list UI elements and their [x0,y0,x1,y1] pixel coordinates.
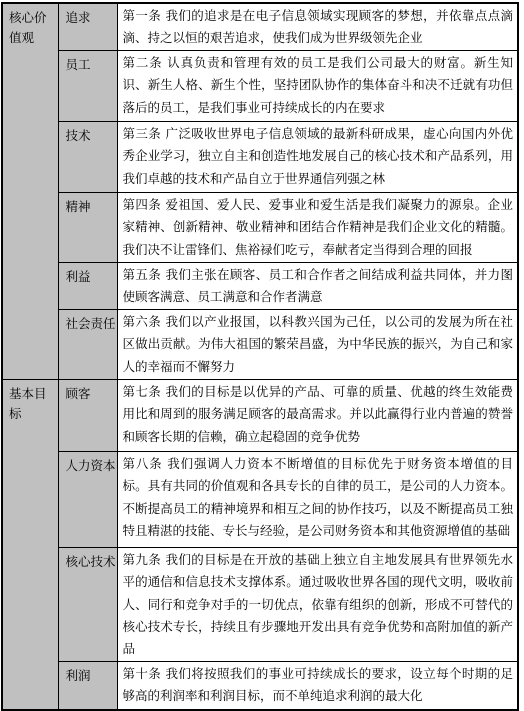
article-text-cell: 第六条 我们以产业报国，以科教兴国为己任，以公司的发展为所在社区做出贡献。为伟大… [117,309,518,379]
row-label-cell: 人力资本 [58,451,117,547]
section-category-cell-basic-goals: 基本目标 [2,379,58,710]
table-row: 精神 第四条 爱祖国、爱人民、爱事业和爱生活是我们凝聚力的源泉。企业家精神、创新… [2,192,518,262]
section-category-cell-core-values: 核心价值观 [2,3,58,379]
table-row: 人力资本 第八条 我们强调人力资本不断增值的目标优先于财务资本增值的目标。具有共… [2,451,518,547]
article-text-cell: 第四条 爱祖国、爱人民、爱事业和爱生活是我们凝聚力的源泉。企业家精神、创新精神、… [117,192,518,262]
row-label-cell: 利益 [58,262,117,309]
values-table: 核心价值观 追求 第一条 我们的追求是在电子信息领域实现顾客的梦想，并依靠点点滴… [1,2,519,711]
article-text-cell: 第三条 广泛吸收世界电子信息领域的最新科研成果，虚心向国内外优秀企业学习，独立自… [117,121,518,192]
row-label-cell: 社会责任 [58,309,117,379]
table-row: 技术 第三条 广泛吸收世界电子信息领域的最新科研成果，虚心向国内外优秀企业学习，… [2,121,518,192]
row-label-cell: 精神 [58,192,117,262]
table-row: 员工 第二条 认真负责和管理有效的员工是我们公司最大的财富。新生知识、新生人格、… [2,50,518,121]
article-text-cell: 第一条 我们的追求是在电子信息领域实现顾客的梦想，并依靠点点滴滴、持之以恒的艰苦… [117,3,518,50]
row-label-cell: 技术 [58,121,117,192]
table-row: 利益 第五条 我们主张在顾客、员工和合作者之间结成利益共同体，并力图使顾客满意、… [2,262,518,309]
article-text-cell: 第二条 认真负责和管理有效的员工是我们公司最大的财富。新生知识、新生人格、新生个… [117,50,518,121]
table-row: 基本目标 顾客 第七条 我们的目标是以优异的产品、可靠的质量、优越的终生效能费用… [2,379,518,451]
article-text-cell: 第七条 我们的目标是以优异的产品、可靠的质量、优越的终生效能费用比和周到的服务满… [117,379,518,451]
article-text-cell: 第九条 我们的目标是在开放的基础上独立自主地发展具有世界领先水平的通信和信息技术… [117,547,518,661]
table-row: 社会责任 第六条 我们以产业报国，以科教兴国为己任，以公司的发展为所在社区做出贡… [2,309,518,379]
row-label-cell: 核心技术 [58,547,117,661]
article-text-cell: 第五条 我们主张在顾客、员工和合作者之间结成利益共同体，并力图使顾客满意、员工满… [117,262,518,309]
table-row: 核心价值观 追求 第一条 我们的追求是在电子信息领域实现顾客的梦想，并依靠点点滴… [2,3,518,50]
table-row: 核心技术 第九条 我们的目标是在开放的基础上独立自主地发展具有世界领先水平的通信… [2,547,518,661]
row-label-cell: 追求 [58,3,117,50]
article-text-cell: 第十条 我们将按照我们的事业可持续成长的要求，设立每个时期的足够高的利润率和利润… [117,661,518,710]
row-label-cell: 顾客 [58,379,117,451]
row-label-cell: 利润 [58,661,117,710]
row-label-cell: 员工 [58,50,117,121]
article-text-cell: 第八条 我们强调人力资本不断增值的目标优先于财务资本增值的目标。具有共同的价值观… [117,451,518,547]
